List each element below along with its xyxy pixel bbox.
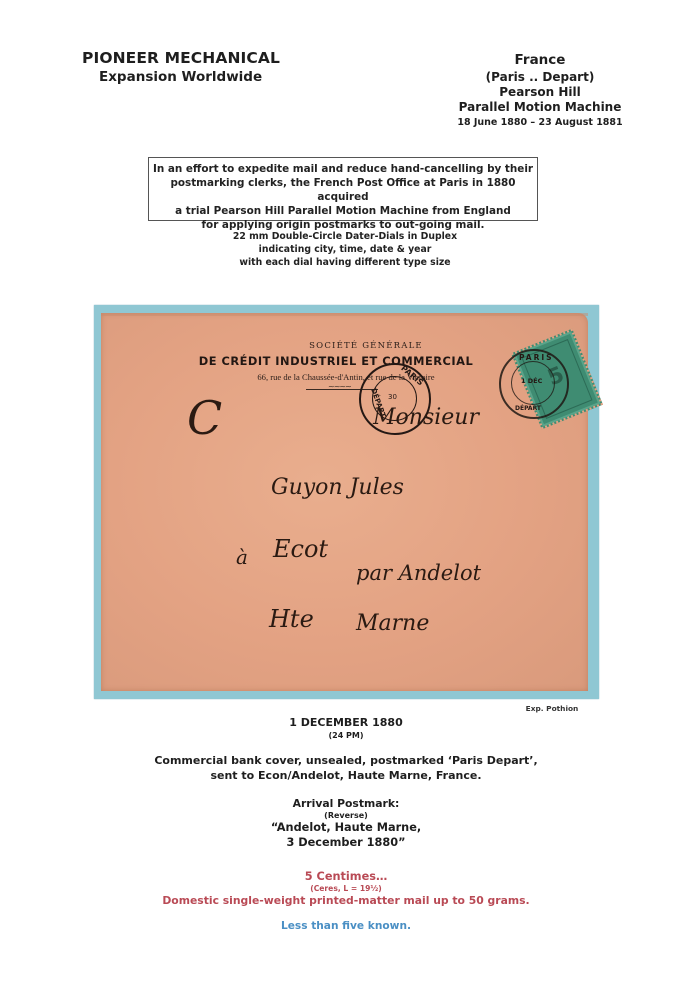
handwritten-dept: Marne	[356, 611, 429, 636]
envelope-printed-header-1: SOCIÉTÉ GÉNÉRALE	[251, 341, 481, 351]
country-heading: France	[420, 52, 660, 68]
cover-time: (24 PM)	[100, 731, 592, 740]
location-heading: (Paris .. Depart)	[420, 70, 660, 84]
handwritten-initial: C	[187, 391, 222, 445]
handwritten-via: par Andelot	[356, 561, 481, 585]
handwritten-addressee: Guyon Jules	[271, 475, 404, 500]
exhibit-title-block: PIONEER MECHANICAL Expansion Worldwide	[60, 49, 340, 85]
rate-usage: Domestic single-weight printed-matter ma…	[100, 894, 592, 907]
exhibit-title: PIONEER MECHANICAL	[60, 49, 340, 67]
handwritten-dept-prefix: Hte	[269, 605, 314, 633]
dials-note: 22 mm Double-Circle Dater-Dials in Duple…	[148, 230, 542, 269]
cover-date: 1 DECEMBER 1880	[100, 716, 592, 729]
rate-stamp-type: (Ceres, L = 19½)	[100, 884, 592, 893]
intro-text-box: In an effort to expedite mail and reduce…	[148, 157, 538, 221]
machine-heading-line1: Pearson Hill	[420, 85, 660, 99]
intro-line: In an effort to expedite mail and reduce…	[149, 162, 537, 176]
period-heading: 18 June 1880 – 23 August 1881	[420, 117, 660, 128]
cover-description-line2: sent to Econ/Andelot, Haute Marne, Franc…	[100, 768, 592, 783]
postage-rate-block: 5 Centimes… (Ceres, L = 19½) Domestic si…	[100, 870, 592, 907]
envelope-printed-address: 66, rue de la Chaussée-d'Antin, et rue d…	[196, 372, 496, 382]
dials-note-line: indicating city, time, date & year	[148, 243, 542, 256]
machine-heading-line2: Parallel Motion Machine	[420, 100, 660, 114]
envelope-flap-edge	[101, 313, 588, 316]
dials-note-line: with each dial having different type siz…	[148, 256, 542, 269]
arrival-postmark-line2: 3 December 1880”	[100, 835, 592, 850]
handwritten-town: Ecot	[273, 535, 328, 563]
intro-line: a trial Pearson Hill Parallel Motion Mac…	[149, 204, 537, 218]
arrival-postmark-side: (Reverse)	[100, 811, 592, 820]
cover-description-line1: Commercial bank cover, unsealed, postmar…	[100, 753, 592, 768]
exhibit-subtitle: Expansion Worldwide	[60, 69, 340, 85]
envelope-cover-image: SOCIÉTÉ GÉNÉRALE DE CRÉDIT INDUSTRIEL ET…	[101, 313, 588, 691]
expertizer-signature: Exp. Pothion	[497, 704, 607, 713]
arrival-postmark-line1: “Andelot, Haute Marne,	[100, 820, 592, 835]
handwritten-salutation: Monsieur	[373, 405, 479, 430]
handwritten-town-prefix: à	[236, 545, 248, 569]
cover-description: 1 DECEMBER 1880 (24 PM) Commercial bank …	[100, 716, 592, 850]
page-heading-block: France (Paris .. Depart) Pearson Hill Pa…	[420, 52, 660, 128]
rate-value: 5 Centimes…	[100, 870, 592, 883]
postmark-paris-depart-right: PARIS 1 DÉC DÉPART	[499, 349, 569, 419]
intro-line: postmarking clerks, the French Post Offi…	[149, 176, 537, 204]
rarity-note: Less than five known.	[100, 920, 592, 932]
dials-note-line: 22 mm Double-Circle Dater-Dials in Duple…	[148, 230, 542, 243]
envelope-printed-header-2: DE CRÉDIT INDUSTRIEL ET COMMERCIAL	[171, 354, 501, 368]
arrival-postmark-label: Arrival Postmark:	[100, 797, 592, 810]
